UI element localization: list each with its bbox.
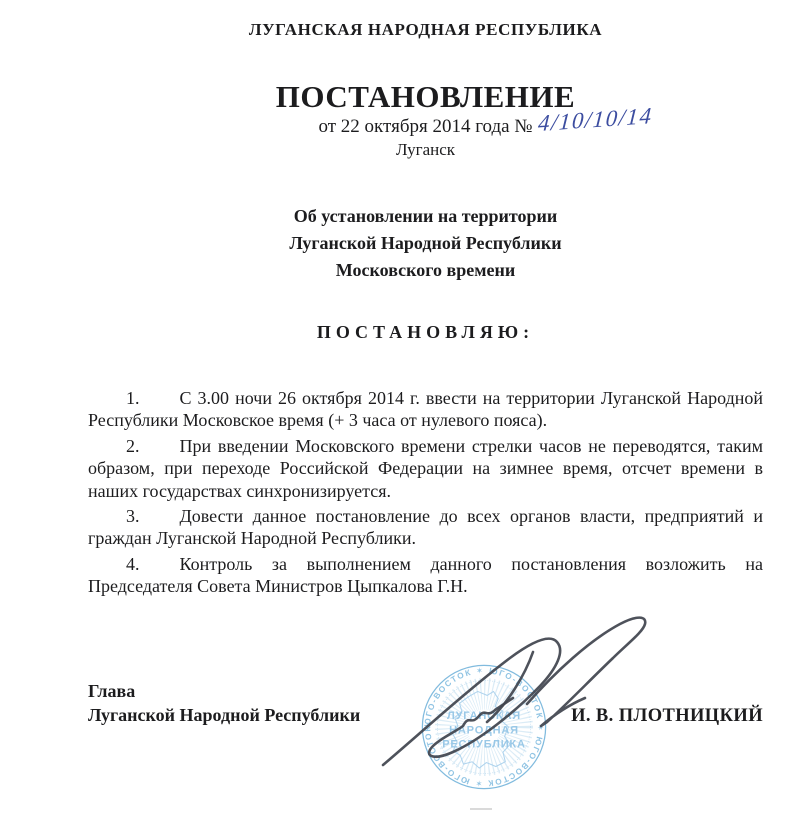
republic-header: ЛУГАНСКАЯ НАРОДНАЯ РЕСПУБЛИКА	[88, 20, 763, 40]
date-line: от 22 октября 2014 года № 4/10/10/14	[88, 115, 763, 139]
paragraph-4: 4.Контроль за выполнением данного постан…	[88, 553, 763, 598]
signer-title-line: Луганской Народной Республики	[88, 703, 360, 727]
subject-line: Об установлении на территории	[88, 203, 763, 230]
paragraph-number: 2.	[126, 436, 180, 456]
subject-block: Об установлении на территории Луганской …	[88, 203, 763, 284]
signature-stroke-loop	[383, 639, 560, 765]
paragraph-number: 4.	[126, 554, 180, 574]
signer-title-line: Глава	[88, 679, 360, 703]
paragraph-text: Контроль за выполнением данного постанов…	[88, 554, 763, 596]
signer-title: Глава Луганской Народной Республики	[88, 679, 360, 727]
scan-artifact	[470, 808, 492, 810]
resolve-heading: ПОСТАНОВЛЯЮ:	[88, 322, 763, 343]
decree-document-page: ЛУГАНСКАЯ НАРОДНАЯ РЕСПУБЛИКА ПОСТАНОВЛЕ…	[0, 0, 787, 837]
handwritten-signature	[375, 610, 675, 780]
subject-line: Луганской Народной Республики	[88, 230, 763, 257]
paragraph-text: При введении Московского времени стрелки…	[88, 436, 763, 501]
paragraph-number: 1.	[126, 388, 180, 408]
paragraph-2: 2.При введении Московского времени стрел…	[88, 435, 763, 502]
paragraph-1: 1.С 3.00 ночи 26 октября 2014 г. ввести …	[88, 387, 763, 432]
paragraph-text: Довести данное постановление до всех орг…	[88, 506, 763, 548]
document-type-title: ПОСТАНОВЛЕНИЕ	[88, 81, 763, 113]
date-prefix: от 22 октября 2014 года №	[319, 116, 533, 137]
subject-line: Московского времени	[88, 257, 763, 284]
signature-stroke-spike	[527, 618, 645, 726]
paragraph-3: 3.Довести данное постановление до всех о…	[88, 505, 763, 550]
decree-paragraphs: 1.С 3.00 ночи 26 октября 2014 г. ввести …	[88, 387, 763, 598]
city-name: Луганск	[88, 139, 763, 161]
paragraph-text: С 3.00 ночи 26 октября 2014 г. ввести на…	[88, 388, 763, 430]
paragraph-number: 3.	[126, 506, 180, 526]
